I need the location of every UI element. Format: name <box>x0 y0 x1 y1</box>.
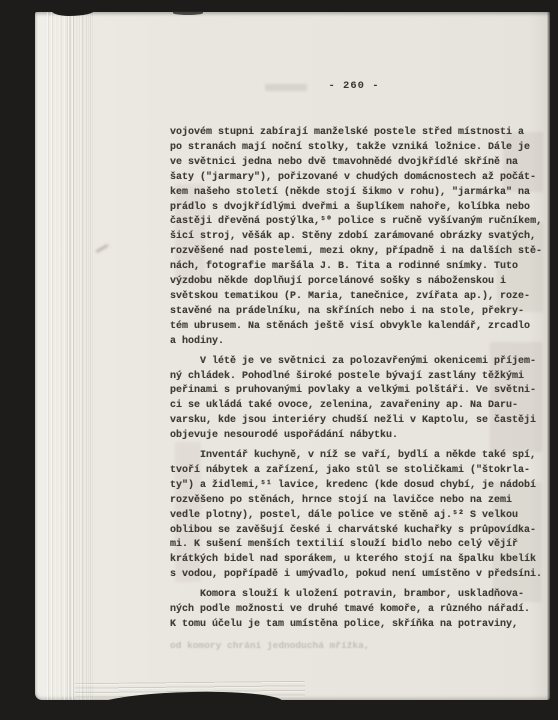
text-line: oblibou se zavěšují české i charvátské k… <box>170 524 550 539</box>
paragraph: vojovém stupni zabírají manželské postel… <box>170 126 550 350</box>
text-line: V létě je ve světnici za polozavřenými o… <box>170 355 550 370</box>
text-line: vojovém stupni zabírají manželské postel… <box>170 126 550 141</box>
text-line: K tomu účelu je tam umístěna police, skř… <box>170 618 550 633</box>
paragraph: Komora slouží k uložení potravin, brambo… <box>170 588 550 633</box>
page-right-edge-shadow <box>547 12 550 700</box>
page-number: - 260 - <box>170 80 538 92</box>
bleed-through-text: od komory chrání jednoduchá mřížka, <box>170 640 550 651</box>
scan-background: { "page": { "page_number": "- 260 -", "p… <box>0 0 558 720</box>
text-line: a hodiny. <box>170 335 550 350</box>
text-line: ci se ukládá také ovoce, zelenina, zavař… <box>170 399 550 414</box>
text-line: po stranách mají noční stolky, takže vzn… <box>170 141 550 156</box>
text-line: šicí stroj, věšák ap. Stěny zdobí zarámo… <box>170 230 550 245</box>
text-line: kem našeho století (někde stojí šikmo v … <box>170 186 550 201</box>
text-line: varsku, kde jsou interiéry chudší nežli … <box>170 414 550 429</box>
text-line: Inventář kuchyně, v níž se vaří, bydlí a… <box>170 449 550 464</box>
text-line: vedle plotny), postel, dále police ve st… <box>170 509 550 524</box>
page-top-notch-small <box>173 11 203 15</box>
text-line: světskou tematikou (P. Maria, tanečnice,… <box>170 290 550 305</box>
text-line: mi. K sušení menších textilií slouží bid… <box>170 538 550 553</box>
text-line: šaty ("jarmary"), pořizované v chudých d… <box>170 171 550 186</box>
text-line: nách, fotografie maršála J. B. Tita a ro… <box>170 260 550 275</box>
text-line: s vodou, popřípadě i umývadlo, pokud nen… <box>170 568 550 583</box>
text-line: peřinami s pruhovanými povlaky a velkými… <box>170 384 550 399</box>
paragraph: Inventář kuchyně, v níž se vaří, bydlí a… <box>170 449 550 583</box>
text-line: ný chládek. Pohodlné široké postele býva… <box>170 370 550 385</box>
text-line: stavěné na prádelníku, na skříních nebo … <box>170 305 550 320</box>
text-line: prádlo s dvojkřídlými dveřmi a šuplíkem … <box>170 201 550 216</box>
paragraph: V létě je ve světnici za polozavřenými o… <box>170 355 550 444</box>
text-line: častěji dřevěná postýlka,⁵⁰ police s ruč… <box>170 215 550 230</box>
body-text: vojovém stupni zabírají manželské postel… <box>170 126 550 638</box>
scanned-page: - 260 - vojovém stupni zabírají manželsk… <box>35 12 550 700</box>
margin-scratch <box>95 244 109 254</box>
text-line: tvoří nábytek a zařízení, jako stůl se s… <box>170 464 550 479</box>
text-line: tém ubrusem. Na stěnách ještě visí obvyk… <box>170 320 550 335</box>
text-line: ve světnici jedna nebo dvě tmavohnědé dv… <box>170 156 550 171</box>
page-edge-stack-left-inner <box>67 12 93 700</box>
text-line: rozvěšeno po stěnách, hrnce stojí na lav… <box>170 494 550 509</box>
text-line: ných podle možnosti ve druhé tmavé komoř… <box>170 603 550 618</box>
text-line: výzdobu někde doplňují porcelánové sošky… <box>170 275 550 290</box>
text-line: rozvěšené nad postelemi, mezi okny, příp… <box>170 245 550 260</box>
text-line: ty") a židlemi,⁵¹ lavice, kredenc (kde d… <box>170 479 550 494</box>
text-line: objevuje nesourodé uspořádání nábytku. <box>170 429 550 444</box>
text-line: krátkých bidel nad sporákem, u kterého s… <box>170 553 550 568</box>
text-line: Komora slouží k uložení potravin, brambo… <box>170 588 550 603</box>
